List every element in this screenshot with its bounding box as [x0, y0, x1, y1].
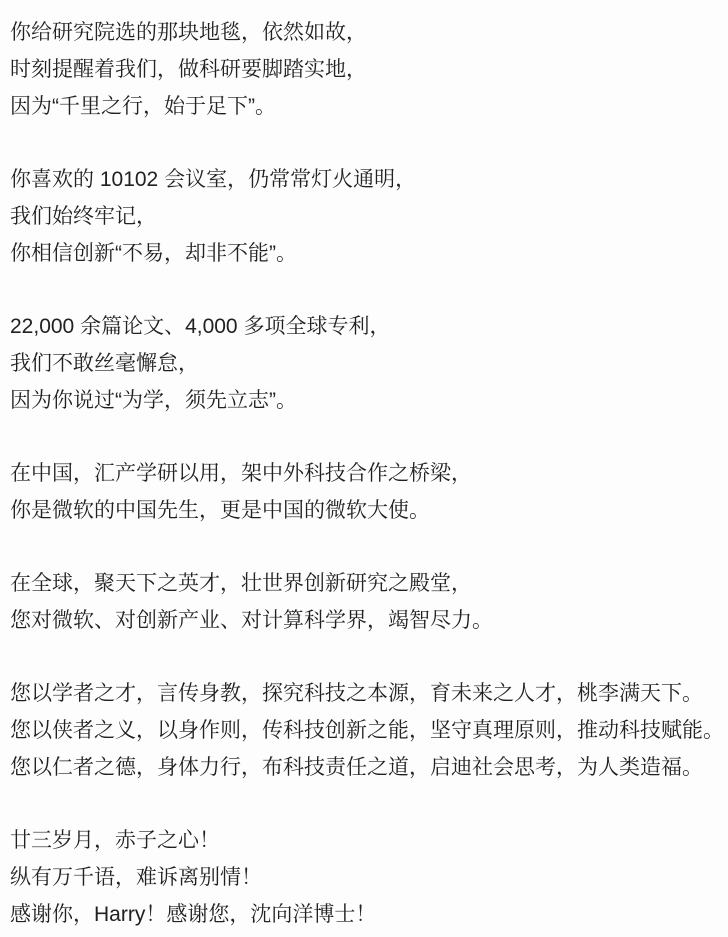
poem-line: 你相信创新“不易，却非不能”。 [10, 242, 297, 265]
page: 你给研究院选的那块地毯，依然如故， 时刻提醒着我们，做科研要脚踏实地， 因为“千… [0, 0, 728, 937]
poem-line: 您对微软、对创新产业、对计算科学界，竭智尽力。 [10, 609, 493, 632]
poem-line: 因为“千里之行，始于足下”。 [10, 95, 276, 118]
poem-line: 廿三岁月，赤子之心！ [10, 829, 220, 852]
stanza-carpet: 你给研究院选的那块地毯，依然如故， 时刻提醒着我们，做科研要脚踏实地， 因为“千… [10, 14, 720, 125]
poem-line: 因为你说过“为学，须先立志”。 [10, 389, 297, 412]
stanza-virtues: 您以学者之才，言传身教，探究科技之本源，育未来之人才，桃李满天下。 您以侠者之义… [10, 675, 720, 786]
poem-line: 您以侠者之义，以身作则，传科技创新之能，坚守真理原则，推动科技赋能。 [10, 719, 724, 742]
poem-line: 22,000 余篇论文、4,000 多项全球专利， [10, 315, 390, 338]
poem-line: 我们始终牢记， [10, 205, 157, 228]
poem-line: 你给研究院选的那块地毯，依然如故， [10, 21, 367, 44]
poem-line: 感谢你，Harry！感谢您，沈向洋博士！ [10, 903, 376, 926]
poem-line: 我们不敢丝毫懈怠， [10, 352, 199, 375]
poem-line: 您以仁者之德，身体力行，布科技责任之道，启迪社会思考，为人类造福。 [10, 756, 703, 779]
poem-line: 在全球，聚天下之英才，壮世界创新研究之殿堂， [10, 572, 472, 595]
poem-line: 在中国，汇产学研以用，架中外科技合作之桥梁， [10, 462, 472, 485]
farewell-poem: 你给研究院选的那块地毯，依然如故， 时刻提醒着我们，做科研要脚踏实地， 因为“千… [0, 0, 728, 933]
stanza-papers-patents: 22,000 余篇论文、4,000 多项全球专利， 我们不敢丝毫懈怠， 因为你说… [10, 308, 720, 419]
stanza-meeting-room: 你喜欢的 10102 会议室，仍常常灯火通明， 我们始终牢记， 你相信创新“不易… [10, 161, 720, 272]
stanza-farewell: 廿三岁月，赤子之心！ 纵有万千语，难诉离别情！ 感谢你，Harry！感谢您，沈向… [10, 822, 720, 933]
poem-line: 时刻提醒着我们，做科研要脚踏实地， [10, 58, 367, 81]
stanza-china: 在中国，汇产学研以用，架中外科技合作之桥梁， 你是微软的中国先生，更是中国的微软… [10, 455, 720, 529]
poem-line: 你是微软的中国先生，更是中国的微软大使。 [10, 499, 430, 522]
poem-line: 您以学者之才，言传身教，探究科技之本源，育未来之人才，桃李满天下。 [10, 682, 703, 705]
stanza-global: 在全球，聚天下之英才，壮世界创新研究之殿堂， 您对微软、对创新产业、对计算科学界… [10, 565, 720, 639]
poem-line: 你喜欢的 10102 会议室，仍常常灯火通明， [10, 168, 416, 191]
poem-line: 纵有万千语，难诉离别情！ [10, 866, 262, 889]
